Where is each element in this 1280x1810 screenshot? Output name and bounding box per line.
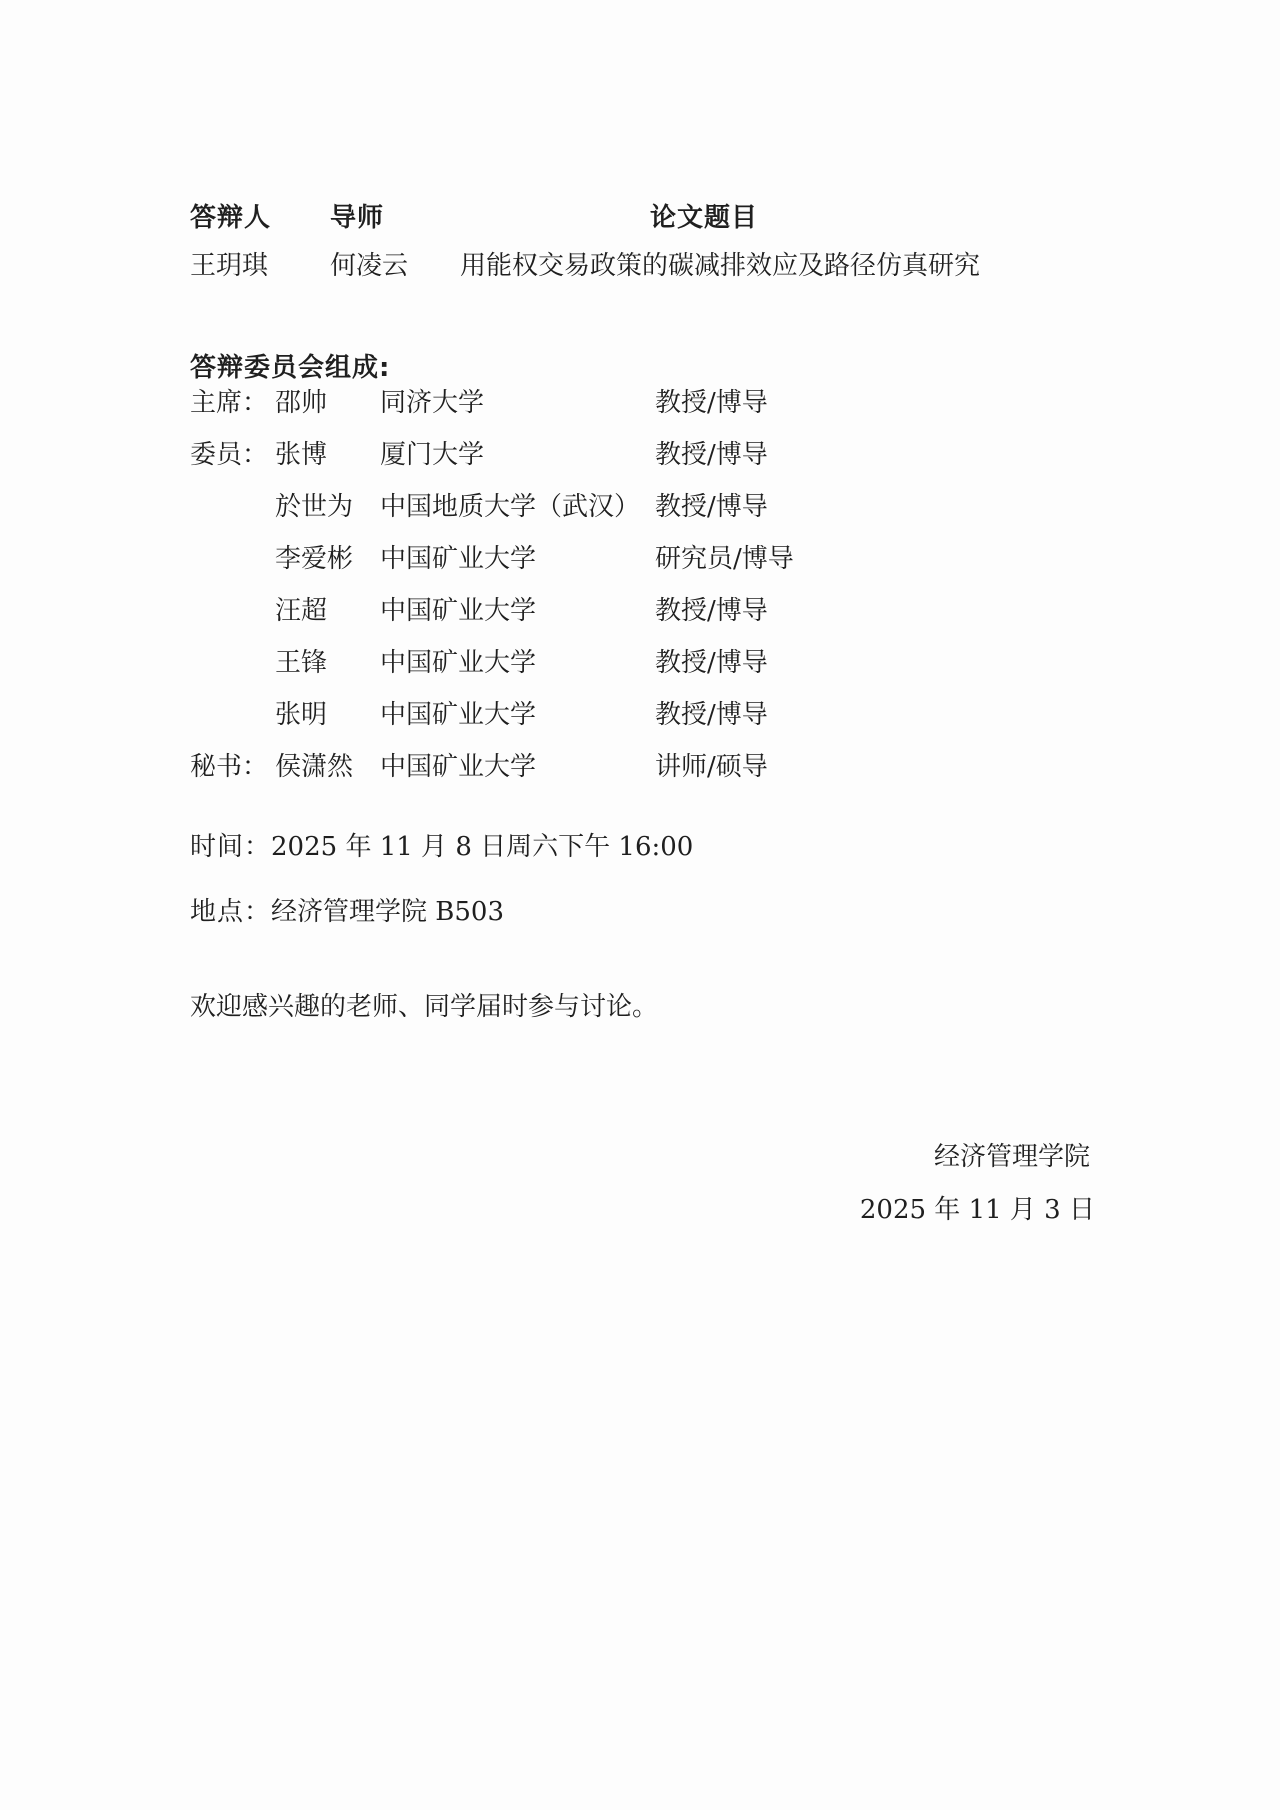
member-affiliation: 中国矿业大学 (380, 642, 655, 679)
table-row: 张明 中国矿业大学 教授/博导 (190, 686, 1180, 738)
defense-location: 地点：经济管理学院 B503 (190, 891, 504, 928)
member-title: 讲师/硕导 (655, 746, 1180, 783)
member-role: 委员： (190, 434, 275, 471)
member-affiliation: 中国地质大学（武汉） (380, 486, 655, 523)
location-label: 地点： (190, 897, 271, 927)
member-title: 研究员/博导 (655, 538, 1180, 575)
member-title: 教授/博导 (655, 434, 1180, 471)
footer-organization: 经济管理学院 (934, 1136, 1090, 1173)
member-affiliation: 中国矿业大学 (380, 538, 655, 575)
defender-name: 王玥琪 (190, 245, 268, 282)
member-name: 汪超 (275, 590, 380, 627)
column-header-defender: 答辩人 (190, 197, 271, 234)
member-affiliation: 同济大学 (380, 382, 655, 419)
time-label: 时间： (190, 832, 271, 862)
table-row: 委员： 张博 厦门大学 教授/博导 (190, 426, 1180, 478)
supervisor-name: 何凌云 (330, 245, 408, 282)
member-name: 侯潇然 (275, 746, 380, 783)
member-title: 教授/博导 (655, 642, 1180, 679)
time-value: 2025 年 11 月 8 日周六下午 16:00 (271, 832, 693, 862)
member-affiliation: 中国矿业大学 (380, 746, 655, 783)
defense-time: 时间：2025 年 11 月 8 日周六下午 16:00 (190, 826, 693, 863)
member-name: 李爱彬 (275, 538, 380, 575)
member-title: 教授/博导 (655, 486, 1180, 523)
column-header-thesis-title: 论文题目 (650, 197, 758, 234)
member-name: 邵帅 (275, 382, 380, 419)
member-name: 张明 (275, 694, 380, 731)
table-row: 王锋 中国矿业大学 教授/博导 (190, 634, 1180, 686)
invitation-text: 欢迎感兴趣的老师、同学届时参与讨论。 (190, 986, 658, 1023)
member-name: 王锋 (275, 642, 380, 679)
column-header-supervisor: 导师 (330, 197, 384, 234)
member-title: 教授/博导 (655, 694, 1180, 731)
member-affiliation: 中国矿业大学 (380, 590, 655, 627)
table-row: 李爱彬 中国矿业大学 研究员/博导 (190, 530, 1180, 582)
document-page: 答辩人 导师 论文题目 王玥琪 何凌云 用能权交易政策的碳减排效应及路径仿真研究… (0, 0, 1280, 1810)
member-name: 张博 (275, 434, 380, 471)
footer-date: 2025 年 11 月 3 日 (860, 1189, 1095, 1226)
member-title: 教授/博导 (655, 382, 1180, 419)
table-row: 主席： 邵帅 同济大学 教授/博导 (190, 374, 1180, 426)
member-affiliation: 厦门大学 (380, 434, 655, 471)
committee-table: 主席： 邵帅 同济大学 教授/博导 委员： 张博 厦门大学 教授/博导 於世为 … (190, 374, 1180, 790)
thesis-title: 用能权交易政策的碳减排效应及路径仿真研究 (460, 245, 980, 282)
table-row: 秘书： 侯潇然 中国矿业大学 讲师/硕导 (190, 738, 1180, 790)
location-value: 经济管理学院 B503 (271, 897, 504, 927)
table-row: 汪超 中国矿业大学 教授/博导 (190, 582, 1180, 634)
member-name: 於世为 (275, 486, 380, 523)
member-role: 秘书： (190, 746, 275, 783)
member-affiliation: 中国矿业大学 (380, 694, 655, 731)
member-role: 主席： (190, 382, 275, 419)
member-title: 教授/博导 (655, 590, 1180, 627)
table-row: 於世为 中国地质大学（武汉） 教授/博导 (190, 478, 1180, 530)
